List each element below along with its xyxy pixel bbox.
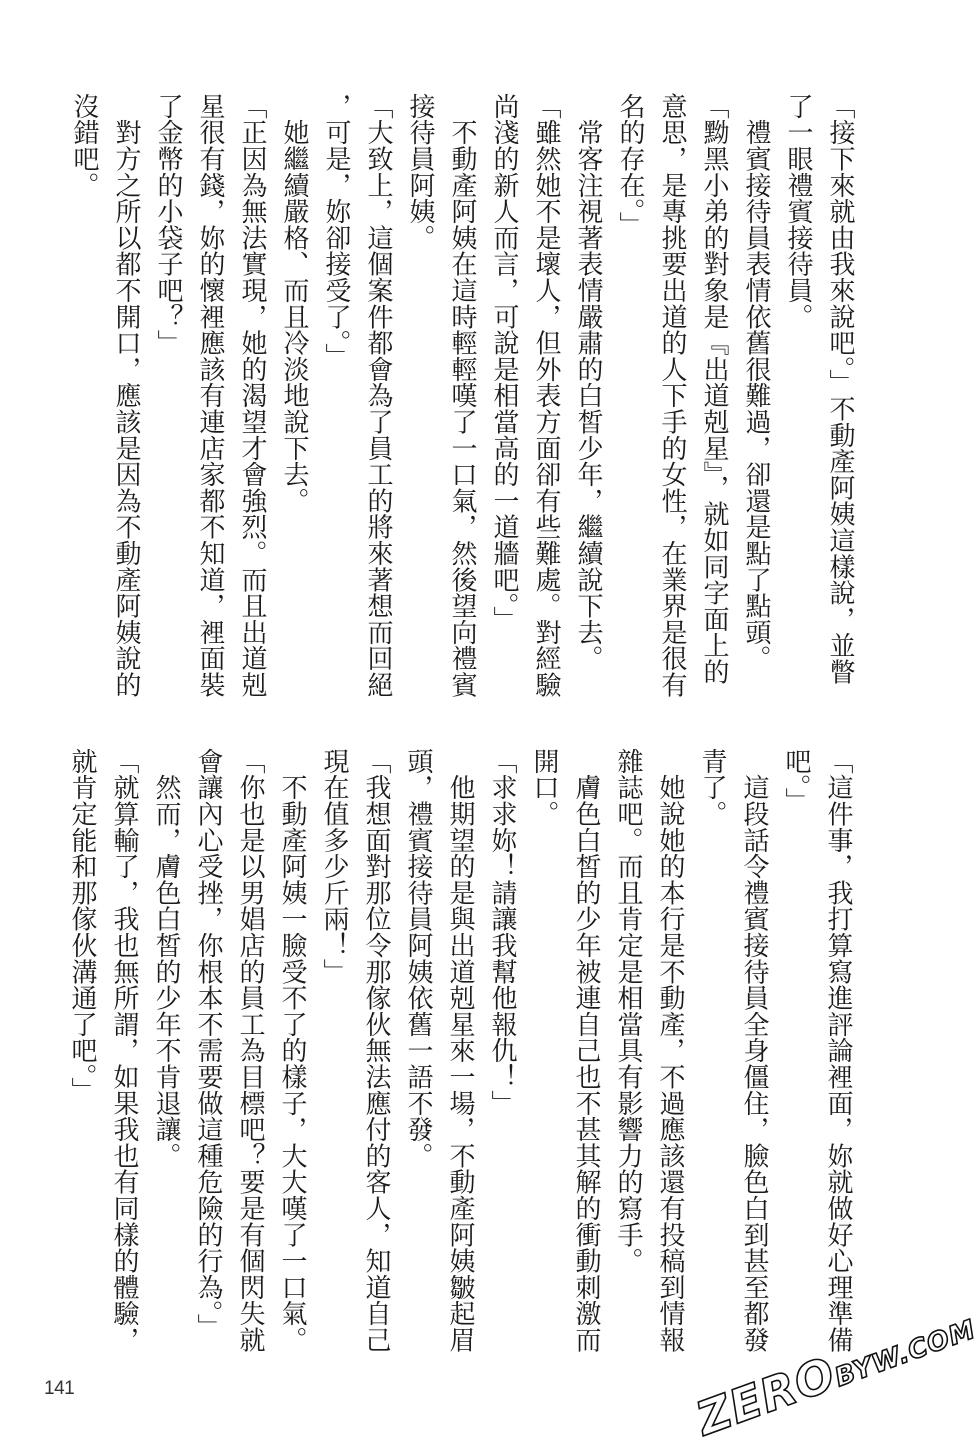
text-block-bottom: 「這件事，我打算寫進評論裡面，妳就做好心理準備 吧。」 這段話令禮賓接待員全身僵… [61,748,859,1338]
text-column: 吧。」 [775,748,817,1338]
text-column: 禮賓接待員表情依舊很難過，卻還是點了點頭。 [735,93,777,683]
text-column: 常客注視著表情嚴肅的白皙少年，繼續說下去。 [567,93,609,683]
text-column: 星很有錢，妳的懷裡應該有連店家都不知道，裡面裝 [189,93,231,683]
text-column: 「接下來就由我來說吧。」不動產阿姨這樣說，並瞥 [819,93,861,683]
text-column: 就肯定能和那傢伙溝通了吧。」 [61,748,103,1338]
text-column: 他期望的是與出道剋星來一場，不動產阿姨皺起眉 [439,748,481,1338]
text-column: 青了。 [691,748,733,1338]
text-column: 雜誌吧。而且肯定是相當具有影響力的寫手。 [607,748,649,1338]
text-block-top: 「接下來就由我來說吧。」不動產阿姨這樣說，並瞥 了一眼禮賓接待員。 禮賓接待員表… [63,93,861,683]
text-column: 現在值多少斤兩！」 [313,748,355,1338]
text-column: 「黝黑小弟的對象是『出道剋星』，就如同字面上的 [693,93,735,683]
page-number: 141 [44,1378,74,1400]
text-column: 了一眼禮賓接待員。 [777,93,819,683]
text-column: 沒錯吧。 [63,93,105,683]
text-column: 意思，是專挑要出道的人下手的女性，在業界是很有 [651,93,693,683]
text-column: 會讓內心受挫，你根本不需要做這種危險的行為。」 [187,748,229,1338]
text-column: 名的存在。」 [609,93,651,683]
text-column: 「大致上，這個案件都會為了員工的將來著想而回絕 [357,93,399,683]
text-column: 她說她的本行是不動產，不過應該還有投稿到情報 [649,748,691,1338]
text-column: 對方之所以都不開口，應該是因為不動產阿姨說的 [105,93,147,683]
text-column: 然而，膚色白皙的少年不肯退讓。 [145,748,187,1338]
text-column: 了金幣的小袋子吧？」 [147,93,189,683]
text-column: 接待員阿姨。 [399,93,441,683]
text-column: ，可是，妳卻接受了。」 [315,93,357,683]
text-column: 她繼續嚴格、而且冷淡地說下去。 [273,93,315,683]
text-column: 尚淺的新人而言，可說是相當高的一道牆吧。」 [483,93,525,683]
text-column: 膚色白皙的少年被連自己也不甚其解的衝動刺激而 [565,748,607,1338]
text-column: 「這件事，我打算寫進評論裡面，妳就做好心理準備 [817,748,859,1338]
text-column: 這段話令禮賓接待員全身僵住，臉色白到甚至都發 [733,748,775,1338]
text-column: 開口。 [523,748,565,1338]
text-column: 「我想面對那位令那傢伙無法應付的客人，知道自己 [355,748,397,1338]
text-column: 不動產阿姨在這時輕輕嘆了一口氣，然後望向禮賓 [441,93,483,683]
text-column: 不動產阿姨一臉受不了的樣子，大大嘆了一口氣。 [271,748,313,1338]
text-column: 「正因為無法實現，她的渴望才會強烈。而且出道剋 [231,93,273,683]
book-page: 「接下來就由我來說吧。」不動產阿姨這樣說，並瞥 了一眼禮賓接待員。 禮賓接待員表… [0,0,980,1453]
watermark-text-big: ZERO [690,1346,843,1446]
text-column: 頭，禮賓接待員阿姨依舊一語不發。 [397,748,439,1338]
text-column: 「就算輸了，我也無所謂，如果我也有同樣的體驗， [103,748,145,1338]
text-column: 「雖然她不是壞人，但外表方面卻有些難處。對經驗 [525,93,567,683]
text-column: 「求求妳！請讓我幫他報仇！」 [481,748,523,1338]
text-column: 「你也是以男娼店的員工為目標吧？要是有個閃失就 [229,748,271,1338]
